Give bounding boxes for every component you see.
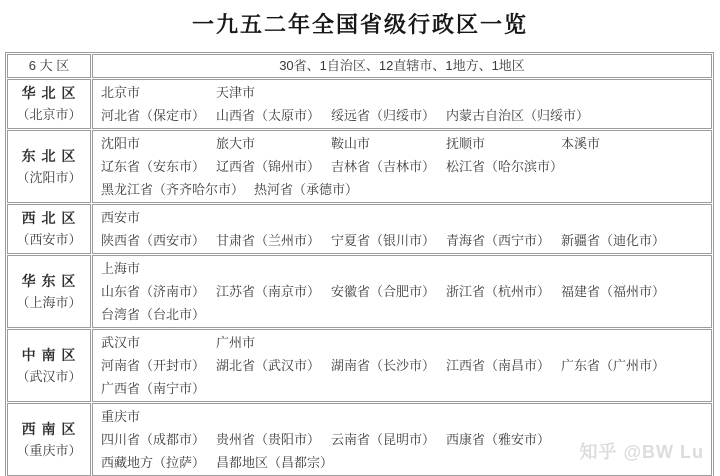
division-entry: 西安市 (101, 206, 206, 229)
division-entry: 河南省（开封市） (101, 354, 206, 377)
division-entry: 绥远省（归绥市） (331, 104, 436, 127)
header-region-label: 6 大 区 (7, 54, 91, 78)
division-entry: 台湾省（台北市） (101, 303, 206, 326)
division-line: 北京市天津市 (101, 81, 709, 104)
division-line: 辽东省（安东市）辽西省（锦州市）吉林省（吉林市）松江省（哈尔滨市） (101, 155, 709, 178)
division-entry: 山东省（济南市） (101, 280, 206, 303)
division-entry: 本溪市 (561, 132, 666, 155)
division-entry: 重庆市 (101, 405, 206, 428)
admin-regions-table: 6 大 区 30省、1自治区、12直辖市、1地方、1地区 华 北 区（北京市）北… (5, 52, 714, 476)
region-name: 西 南 区 (9, 418, 89, 440)
division-entry: 天津市 (216, 81, 321, 104)
region-divisions-cell: 重庆市四川省（成都市）贵州省（贵阳市）云南省（昆明市）西康省（雅安市）西藏地方（… (92, 403, 712, 476)
division-entry: 辽东省（安东市） (101, 155, 206, 178)
region-name-cell: 西 南 区（重庆市） (7, 403, 91, 476)
region-capital: （北京市） (9, 104, 89, 126)
region-name: 东 北 区 (9, 145, 89, 167)
region-capital: （重庆市） (9, 440, 89, 462)
division-line: 山东省（济南市）江苏省（南京市）安徽省（合肥市）浙江省（杭州市）福建省（福州市） (101, 280, 709, 303)
region-divisions-cell: 上海市山东省（济南市）江苏省（南京市）安徽省（合肥市）浙江省（杭州市）福建省（福… (92, 255, 712, 328)
division-entry: 江苏省（南京市） (216, 280, 321, 303)
division-line: 河北省（保定市）山西省（太原市）绥远省（归绥市）内蒙古自治区（归绥市） (101, 104, 709, 127)
division-entry: 云南省（昆明市） (331, 428, 436, 451)
division-entry: 广州市 (216, 331, 321, 354)
division-entry: 松江省（哈尔滨市） (446, 155, 563, 178)
division-line: 上海市 (101, 257, 709, 280)
division-entry: 宁夏省（银川市） (331, 229, 436, 252)
division-entry: 北京市 (101, 81, 206, 104)
region-row: 华 东 区（上海市）上海市山东省（济南市）江苏省（南京市）安徽省（合肥市）浙江省… (7, 255, 712, 328)
division-entry: 西藏地方（拉萨） (101, 451, 206, 474)
region-divisions-cell: 西安市陕西省（西安市）甘肃省（兰州市）宁夏省（银川市）青海省（西宁市）新疆省（迪… (92, 204, 712, 254)
division-entry: 旅大市 (216, 132, 321, 155)
division-entry: 安徽省（合肥市） (331, 280, 436, 303)
header-row: 6 大 区 30省、1自治区、12直辖市、1地方、1地区 (7, 54, 712, 78)
region-capital: （上海市） (9, 292, 89, 314)
division-line: 陕西省（西安市）甘肃省（兰州市）宁夏省（银川市）青海省（西宁市）新疆省（迪化市） (101, 229, 709, 252)
division-entry: 山西省（太原市） (216, 104, 321, 127)
division-line: 西安市 (101, 206, 709, 229)
region-row: 东 北 区（沈阳市）沈阳市旅大市鞍山市抚顺市本溪市辽东省（安东市）辽西省（锦州市… (7, 130, 712, 203)
division-entry: 浙江省（杭州市） (446, 280, 551, 303)
division-entry: 四川省（成都市） (101, 428, 206, 451)
region-name-cell: 西 北 区（西安市） (7, 204, 91, 254)
division-entry: 辽西省（锦州市） (216, 155, 321, 178)
division-line: 四川省（成都市）贵州省（贵阳市）云南省（昆明市）西康省（雅安市） (101, 428, 709, 451)
region-name-cell: 中 南 区（武汉市） (7, 329, 91, 402)
division-entry: 黑龙江省（齐齐哈尔市） (101, 178, 244, 201)
region-capital: （武汉市） (9, 366, 89, 388)
division-entry: 湖南省（长沙市） (331, 354, 436, 377)
division-line: 西藏地方（拉萨）昌都地区（昌都宗） (101, 451, 709, 474)
division-line: 台湾省（台北市） (101, 303, 709, 326)
region-name: 华 东 区 (9, 270, 89, 292)
division-entry: 西康省（雅安市） (446, 428, 551, 451)
division-line: 武汉市广州市 (101, 331, 709, 354)
division-entry: 鞍山市 (331, 132, 436, 155)
division-entry: 上海市 (101, 257, 206, 280)
division-entry: 甘肃省（兰州市） (216, 229, 321, 252)
region-divisions-cell: 北京市天津市河北省（保定市）山西省（太原市）绥远省（归绥市）内蒙古自治区（归绥市… (92, 79, 712, 129)
division-entry: 陕西省（西安市） (101, 229, 206, 252)
region-name-cell: 华 北 区（北京市） (7, 79, 91, 129)
page-title: 一九五二年全国省级行政区一览 (0, 0, 720, 52)
region-row: 华 北 区（北京市）北京市天津市河北省（保定市）山西省（太原市）绥远省（归绥市）… (7, 79, 712, 129)
region-capital: （西安市） (9, 229, 89, 251)
region-name: 华 北 区 (9, 82, 89, 104)
header-summary: 30省、1自治区、12直辖市、1地方、1地区 (92, 54, 712, 78)
region-capital: （沈阳市） (9, 167, 89, 189)
region-name: 中 南 区 (9, 344, 89, 366)
division-line: 重庆市 (101, 405, 709, 428)
division-entry: 武汉市 (101, 331, 206, 354)
page: 一九五二年全国省级行政区一览 6 大 区 30省、1自治区、12直辖市、1地方、… (0, 0, 720, 476)
region-name-cell: 华 东 区（上海市） (7, 255, 91, 328)
division-entry: 青海省（西宁市） (446, 229, 551, 252)
region-divisions-cell: 武汉市广州市河南省（开封市）湖北省（武汉市）湖南省（长沙市）江西省（南昌市）广东… (92, 329, 712, 402)
division-entry: 内蒙古自治区（归绥市） (446, 104, 589, 127)
region-divisions-cell: 沈阳市旅大市鞍山市抚顺市本溪市辽东省（安东市）辽西省（锦州市）吉林省（吉林市）松… (92, 130, 712, 203)
division-line: 河南省（开封市）湖北省（武汉市）湖南省（长沙市）江西省（南昌市）广东省（广州市） (101, 354, 709, 377)
division-entry: 河北省（保定市） (101, 104, 206, 127)
division-line: 沈阳市旅大市鞍山市抚顺市本溪市 (101, 132, 709, 155)
division-entry: 昌都地区（昌都宗） (216, 451, 333, 474)
division-line: 广西省（南宁市） (101, 377, 709, 400)
division-entry: 吉林省（吉林市） (331, 155, 436, 178)
division-entry: 贵州省（贵阳市） (216, 428, 321, 451)
region-name: 西 北 区 (9, 207, 89, 229)
division-entry: 热河省（承德市） (254, 178, 359, 201)
division-entry: 新疆省（迪化市） (561, 229, 666, 252)
division-entry: 湖北省（武汉市） (216, 354, 321, 377)
division-entry: 广东省（广州市） (561, 354, 666, 377)
division-line: 黑龙江省（齐齐哈尔市）热河省（承德市） (101, 178, 709, 201)
division-entry: 福建省（福州市） (561, 280, 666, 303)
division-entry: 沈阳市 (101, 132, 206, 155)
division-entry: 抚顺市 (446, 132, 551, 155)
region-row: 西 南 区（重庆市）重庆市四川省（成都市）贵州省（贵阳市）云南省（昆明市）西康省… (7, 403, 712, 476)
region-name-cell: 东 北 区（沈阳市） (7, 130, 91, 203)
region-row: 中 南 区（武汉市）武汉市广州市河南省（开封市）湖北省（武汉市）湖南省（长沙市）… (7, 329, 712, 402)
table-body: 6 大 区 30省、1自治区、12直辖市、1地方、1地区 华 北 区（北京市）北… (7, 54, 712, 476)
region-row: 西 北 区（西安市）西安市陕西省（西安市）甘肃省（兰州市）宁夏省（银川市）青海省… (7, 204, 712, 254)
division-entry: 江西省（南昌市） (446, 354, 551, 377)
division-entry: 广西省（南宁市） (101, 377, 206, 400)
